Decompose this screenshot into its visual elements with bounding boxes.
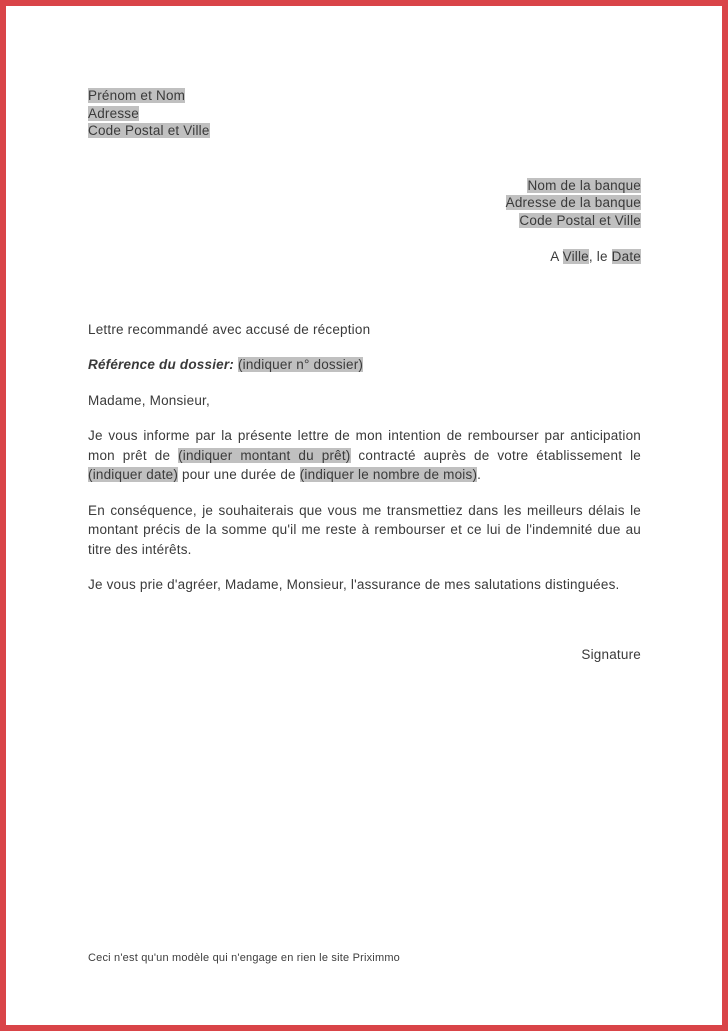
text-segment: pour une durée de — [178, 467, 300, 482]
placeholder-highlight: (indiquer n° dossier) — [238, 357, 363, 372]
address-line: Adresse — [88, 105, 641, 123]
placeholder-highlight: (indiquer montant du prêt) — [178, 448, 350, 463]
placeholder-highlight: Date — [612, 249, 641, 264]
file-reference-line: Référence du dossier: (indiquer n° dossi… — [88, 356, 641, 374]
text-segment: . — [477, 467, 481, 482]
placeholder-highlight: Ville — [563, 249, 589, 264]
address-line: Code Postal et Ville — [88, 122, 641, 140]
placeholder-highlight: Nom de la banque — [527, 178, 641, 193]
salutation: Madame, Monsieur, — [88, 391, 641, 411]
paragraph-amount-request: En conséquence, je souhaiterais que vous… — [88, 501, 641, 560]
footer-disclaimer: Ceci n'est qu'un modèle qui n'engage en … — [88, 951, 400, 966]
recipient-bank-block: Nom de la banqueAdresse de la banqueCode… — [88, 177, 641, 230]
letter-page: Prénom et NomAdresseCode Postal et Ville… — [0, 0, 728, 1031]
text-segment: A — [550, 249, 562, 264]
placeholder-highlight: (indiquer le nombre de mois) — [300, 467, 477, 482]
placeholder-highlight: Code Postal et Ville — [88, 123, 210, 138]
placeholder-highlight: Adresse — [88, 106, 139, 121]
text-segment: Je vous prie d'agréer, Madame, Monsieur,… — [88, 577, 619, 592]
registered-mail-line: Lettre recommandé avec accusé de récepti… — [88, 321, 641, 339]
placeholder-highlight: (indiquer date) — [88, 467, 178, 482]
placeholder-highlight: Adresse de la banque — [506, 195, 641, 210]
address-line: Adresse de la banque — [88, 194, 641, 212]
paragraph-closing-formula: Je vous prie d'agréer, Madame, Monsieur,… — [88, 575, 641, 595]
placeholder-highlight: Code Postal et Ville — [519, 213, 641, 228]
text-segment: contracté auprès de votre établissement … — [351, 448, 642, 463]
sender-address-block: Prénom et NomAdresseCode Postal et Ville — [88, 87, 641, 140]
signature-label: Signature — [88, 646, 641, 664]
address-line: Prénom et Nom — [88, 87, 641, 105]
text-segment: , le — [589, 249, 612, 264]
paragraph-repayment-intent: Je vous informe par la présente lettre d… — [88, 426, 641, 485]
address-line: Nom de la banque — [88, 177, 641, 195]
address-line: Code Postal et Ville — [88, 212, 641, 230]
place-date-line: A Ville, le Date — [88, 248, 641, 266]
text-segment: Référence du dossier: — [88, 357, 234, 372]
text-segment: En conséquence, je souhaiterais que vous… — [88, 503, 641, 557]
placeholder-highlight: Prénom et Nom — [88, 88, 185, 103]
